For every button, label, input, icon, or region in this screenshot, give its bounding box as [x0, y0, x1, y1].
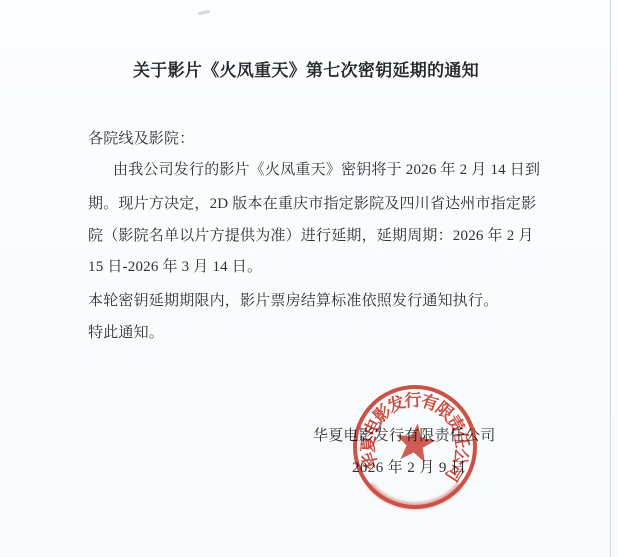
- scan-artifact-line: [610, 0, 611, 557]
- salutation: 各院线及影院：: [88, 131, 194, 148]
- signature-company: 华夏电影发行有限责任公司: [313, 424, 495, 445]
- seal-bottom-smudge: [370, 485, 460, 506]
- scan-artifact-speck: [198, 10, 210, 15]
- paragraph1-line4: 15 日-2026 年 3 月 14 日。: [88, 259, 262, 276]
- paragraph1-line2: 期。现片方决定，2D 版本在重庆市指定影院及四川省达州市指定影: [88, 196, 536, 213]
- company-seal-stamp: 华夏电影发行有限责任公司: [349, 381, 481, 513]
- seal-char: 影: [369, 400, 395, 426]
- seal-char: 发: [384, 391, 408, 416]
- seal-char: 限: [432, 398, 457, 423]
- seal-ring: [355, 387, 475, 507]
- paragraph3: 特此通知。: [88, 325, 164, 342]
- signature-date: 2026 年 2 月 9 日: [352, 456, 466, 477]
- paragraph2: 本轮密钥延期期限内，影片票房结算标准依照发行通知执行。: [88, 293, 498, 310]
- notice-page: 关于影片《火凤重天》第七次密钥延期的通知 各院线及影院： 由我公司发行的影片《火…: [0, 0, 618, 557]
- notice-title: 关于影片《火凤重天》第七次密钥延期的通知: [0, 56, 612, 81]
- seal-char: 行: [404, 390, 422, 411]
- paragraph1-line1: 由我公司发行的影片《火凤重天》密钥将于 2026 年 2 月 14 日到: [88, 162, 540, 179]
- seal-char: 有: [419, 390, 441, 414]
- paragraph1-line3: 院（影院名单以片方提供为准）进行延期，延期周期：2026 年 2 月: [88, 228, 534, 245]
